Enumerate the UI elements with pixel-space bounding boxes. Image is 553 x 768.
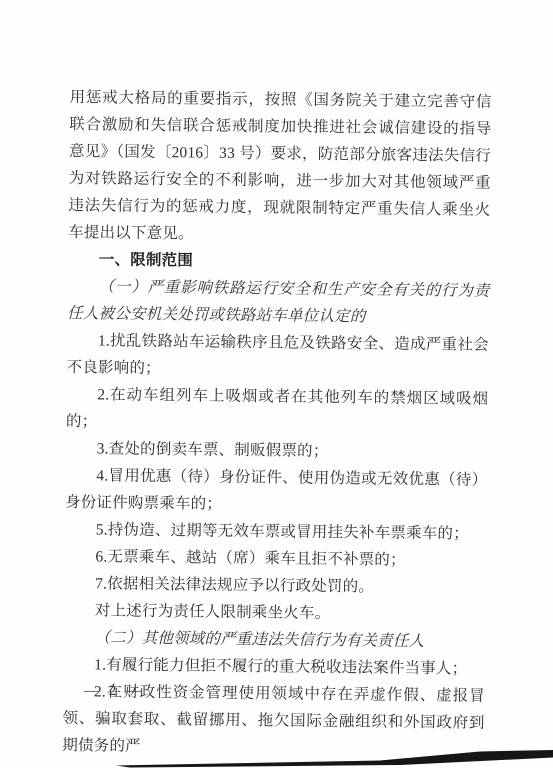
sub-section-heading-1: （一）严重影响铁路运行安全和生产安全有关的行为责任人被公安机关处罚或铁路站车单位… [67, 273, 490, 332]
document-body: 用惩戒大格局的重要指示，按照《国务院关于建立完善守信联合激励和失信联合惩戒制度加… [62, 84, 492, 764]
document-page: 用惩戒大格局的重要指示，按照《国务院关于建立完善守信联合激励和失信联合惩戒制度加… [0, 0, 553, 768]
list-item-2: 2.在动车组列车上吸烟或者在其他列车的禁烟区域吸烟的； [66, 381, 489, 440]
page-number: — 2 — [84, 681, 144, 701]
body-paragraph-continuation: 用惩戒大格局的重要指示，按照《国务院关于建立完善守信联合激励和失信联合惩戒制度加… [68, 84, 492, 251]
list-item-4: 4.冒用优惠（待）身份证件、使用伪造或无效优惠（待）身份证件购票乘车的； [65, 462, 488, 521]
list-item-1: 1.扰乱铁路站车运输秩序且危及铁路安全、造成严重社会不良影响的； [66, 327, 489, 386]
